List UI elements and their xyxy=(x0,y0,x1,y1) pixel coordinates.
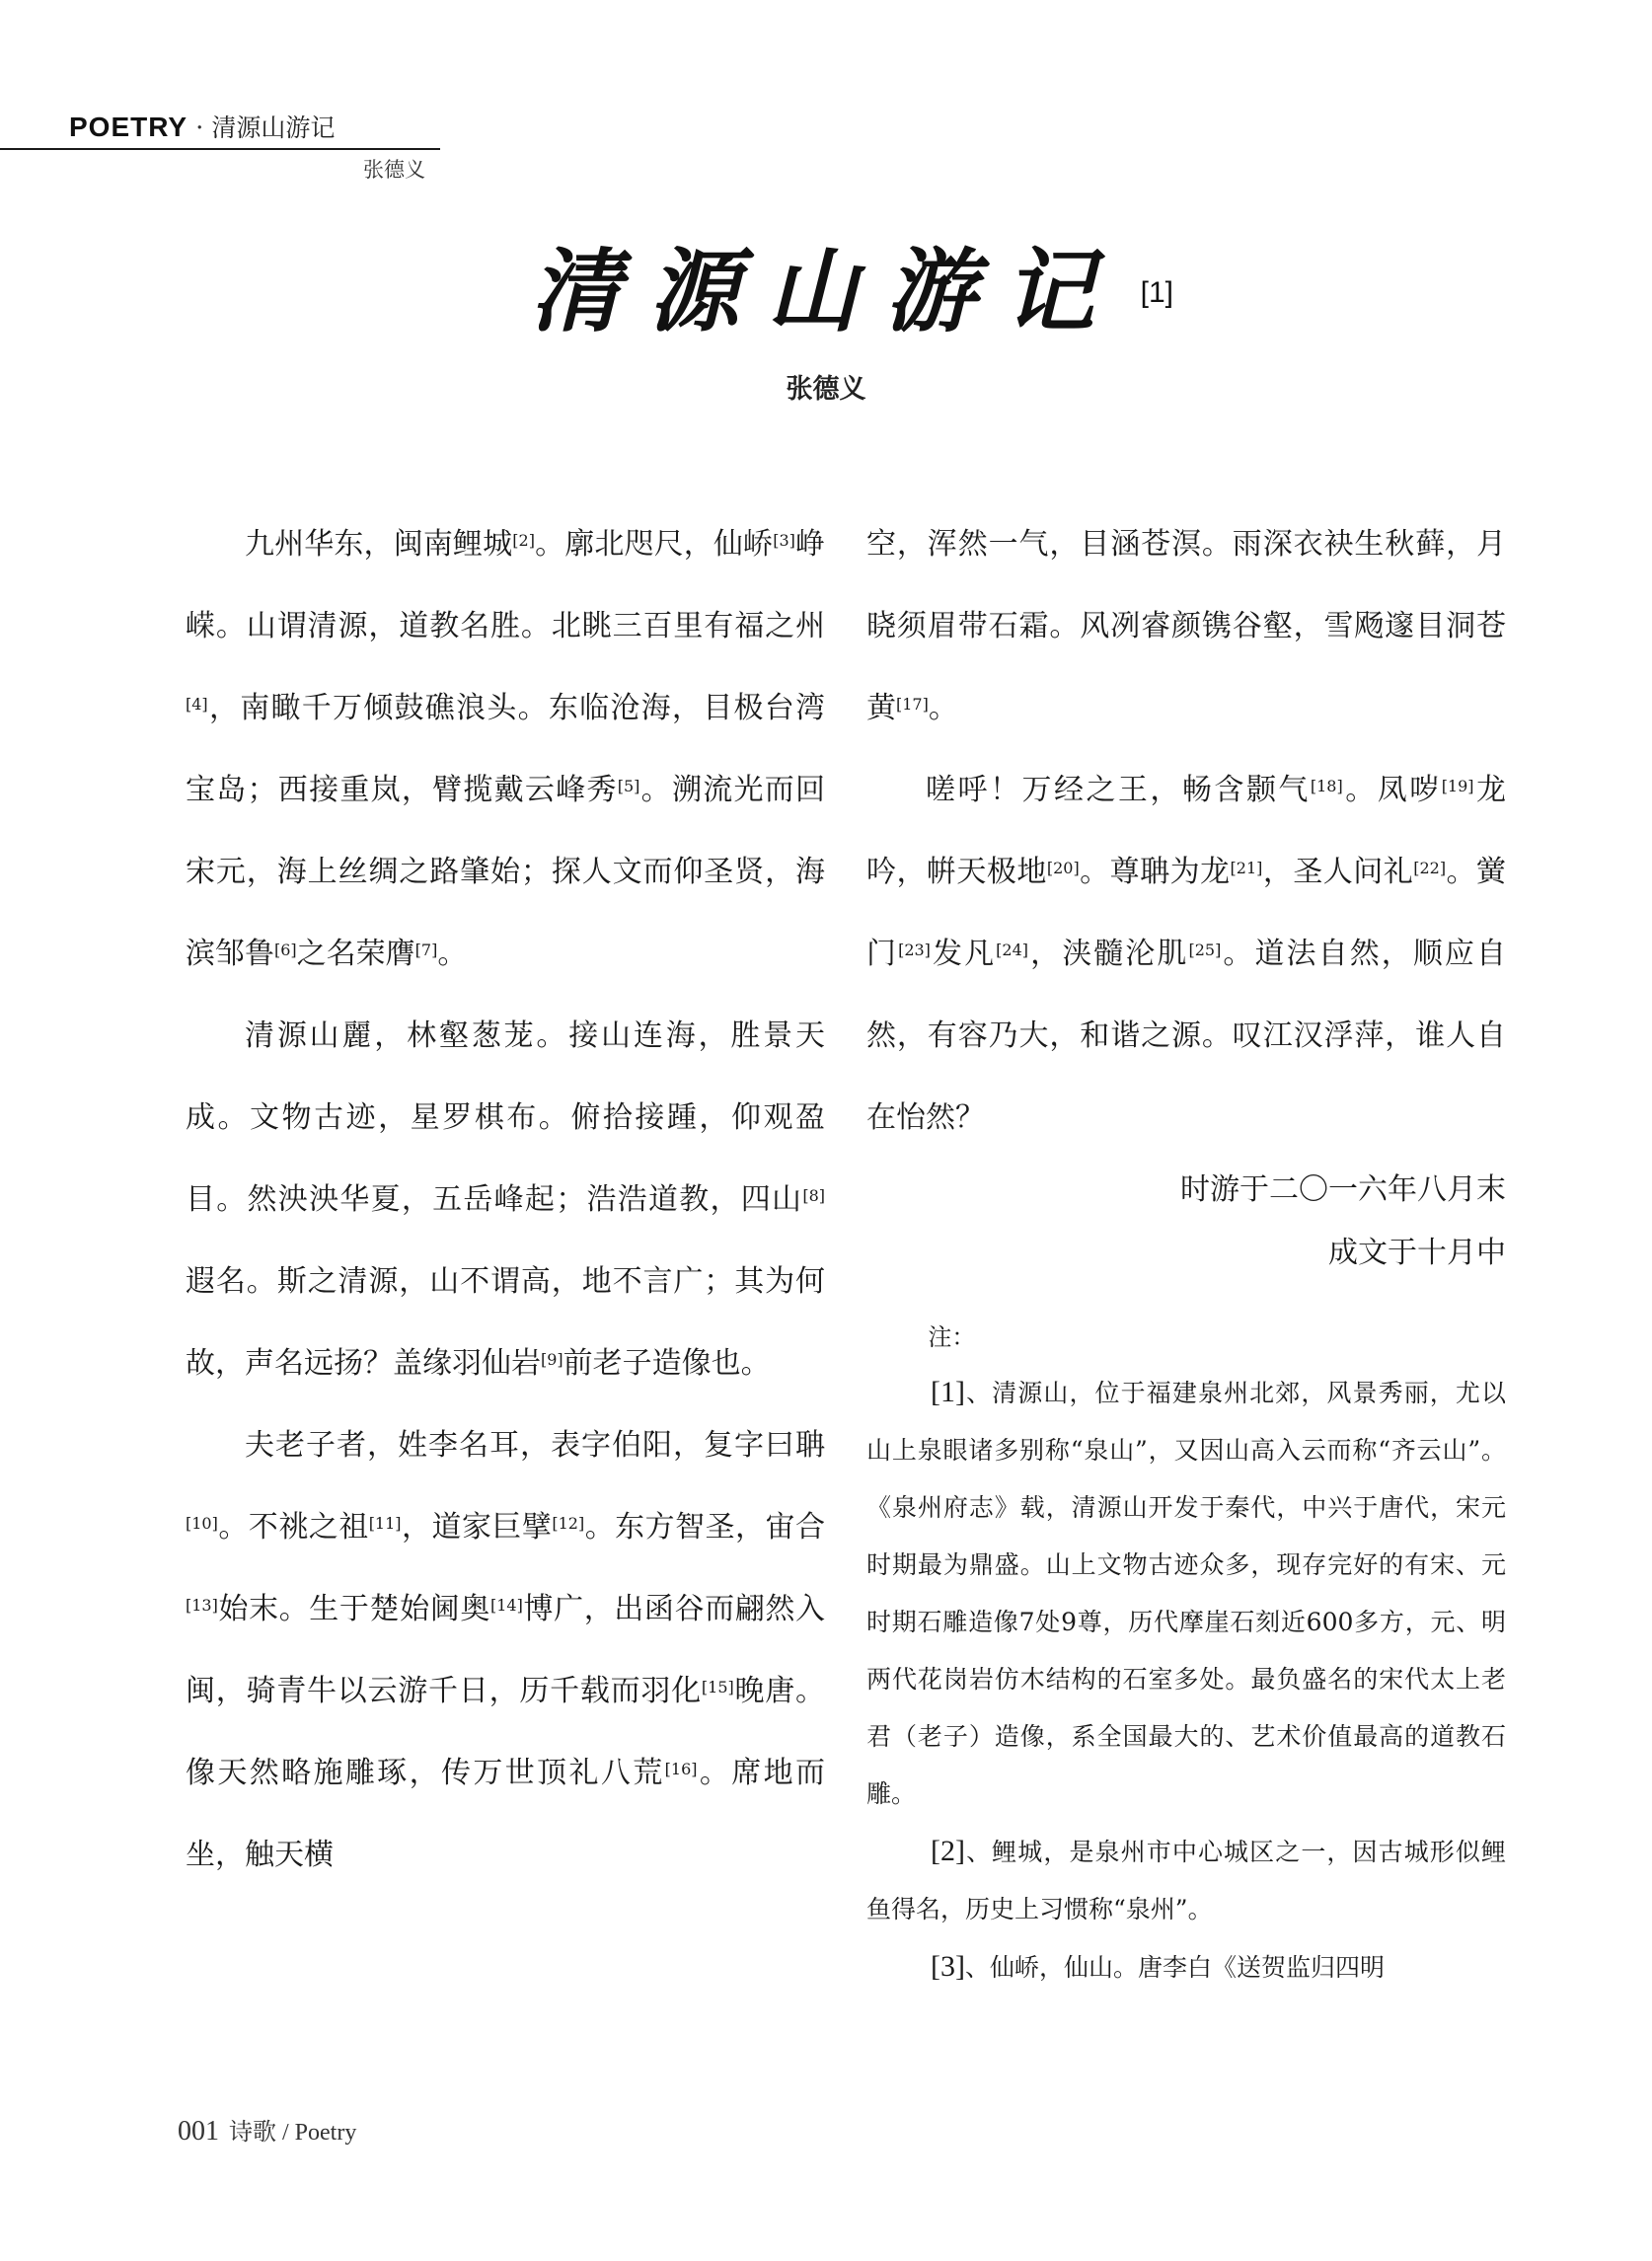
body-paragraph: 九州华东，闽南鲤城[2]。廓北咫尺，仙峤[3]峥嵘。山谓清源，道教名胜。北眺三百… xyxy=(186,503,825,995)
page-footer: 001诗歌 / Poetry xyxy=(178,2112,356,2148)
note-number: [1] xyxy=(931,1376,965,1408)
footnote-ref: [13] xyxy=(186,1596,218,1615)
note-item: [2]、鲤城，是泉州市中心城区之一，因古城形似鲤鱼得名，历史上习惯称“泉州”。 xyxy=(866,1823,1506,1938)
footnote-ref: [12] xyxy=(552,1514,584,1533)
footnote-ref: [2] xyxy=(512,531,535,550)
footnotes: 注： [1]、清源山，位于福建泉州北郊，风景秀丽，尤以山上泉眼诸多别称“泉山”，… xyxy=(866,1313,1506,1997)
signature-written-date: 成文于十月中 xyxy=(866,1222,1506,1285)
footnote-ref: [17] xyxy=(896,695,929,714)
header-divider xyxy=(0,148,440,150)
right-column: 空，浑然一气，目涵苍溟。雨深衣袂生秋藓，月晓须眉带石霜。风冽睿颜镌谷壑，雪飏邃目… xyxy=(866,503,1506,1285)
header-separator: · xyxy=(195,113,203,143)
right-column-body: 空，浑然一气，目涵苍溟。雨深衣袂生秋藓，月晓须眉带石霜。风冽睿颜镌谷壑，雪飏邃目… xyxy=(866,503,1506,1159)
footnote-ref: [25] xyxy=(1188,941,1221,959)
footnote-ref: [18] xyxy=(1311,777,1343,795)
article-byline: 张德义 xyxy=(0,367,1652,406)
title-block: 清源山游记[1] xyxy=(0,237,1652,345)
footnote-ref: [8] xyxy=(802,1186,825,1205)
footnote-ref: [6] xyxy=(274,941,297,959)
signature-visit-date: 时游于二〇一六年八月末 xyxy=(866,1159,1506,1222)
footnote-ref: [5] xyxy=(618,777,640,795)
footnote-ref: [15] xyxy=(702,1678,734,1696)
footnote-ref: [24] xyxy=(996,941,1028,959)
footer-section: 诗歌 / Poetry xyxy=(229,2120,356,2146)
note-number: [2] xyxy=(931,1835,965,1867)
body-paragraph: 嗟呼！万经之王，畅含颢气[18]。凤哕[19]龙吟，帲天极地[20]。尊聃为龙[… xyxy=(866,749,1506,1159)
header-section-title: 清源山游记 xyxy=(211,113,335,142)
footnote-ref: [23] xyxy=(898,941,931,959)
page-number: 001 xyxy=(178,2116,219,2147)
notes-label: 注： xyxy=(866,1313,1506,1362)
title-footnote-ref: [1] xyxy=(1141,239,1173,347)
body-paragraph: 清源山麗，林壑葱茏。接山连海，胜景天成。文物古迹，星罗棋布。俯拾接踵，仰观盈目。… xyxy=(186,995,825,1404)
footnote-ref: [16] xyxy=(665,1760,698,1778)
note-text: 、清源山，位于福建泉州北郊，风景秀丽，尤以山上泉眼诸多别称“泉山”，又因山高入云… xyxy=(866,1379,1506,1808)
note-number: [3] xyxy=(931,1950,965,1983)
footnote-ref: [4] xyxy=(186,695,208,714)
footnote-ref: [10] xyxy=(186,1514,218,1533)
body-paragraph: 空，浑然一气，目涵苍溟。雨深衣袂生秋藓，月晓须眉带石霜。风冽睿颜镌谷壑，雪飏邃目… xyxy=(866,503,1506,749)
header-author: 张德义 xyxy=(363,154,425,184)
footnote-ref: [19] xyxy=(1442,777,1474,795)
footnote-ref: [14] xyxy=(490,1596,523,1615)
article-title-text: 清源山游记 xyxy=(530,238,1122,344)
footnote-ref: [22] xyxy=(1413,859,1446,877)
left-column: 九州华东，闽南鲤城[2]。廓北咫尺，仙峤[3]峥嵘。山谓清源，道教名胜。北眺三百… xyxy=(186,503,825,1896)
footnote-ref: [21] xyxy=(1231,859,1263,877)
footnote-ref: [11] xyxy=(369,1514,402,1533)
footnote-ref: [9] xyxy=(541,1350,563,1369)
body-paragraph: 夫老子者，姓李名耳，表字伯阳，复字曰聃[10]。不祧之祖[11]，道家巨擘[12… xyxy=(186,1404,825,1896)
header-brand: POETRY xyxy=(69,112,188,142)
header-line: POETRY·清源山游记 xyxy=(69,111,335,144)
footnote-ref: [3] xyxy=(773,531,795,550)
note-item: [1]、清源山，位于福建泉州北郊，风景秀丽，尤以山上泉眼诸多别称“泉山”，又因山… xyxy=(866,1364,1506,1823)
article-title: 清源山游记[1] xyxy=(530,237,1122,345)
footnote-ref: [7] xyxy=(415,941,438,959)
note-text: 、仙峤，仙山。唐李白《送贺监归四明 xyxy=(965,1953,1385,1982)
footnote-ref: [20] xyxy=(1047,859,1080,877)
note-item: [3]、仙峤，仙山。唐李白《送贺监归四明 xyxy=(866,1938,1506,1997)
